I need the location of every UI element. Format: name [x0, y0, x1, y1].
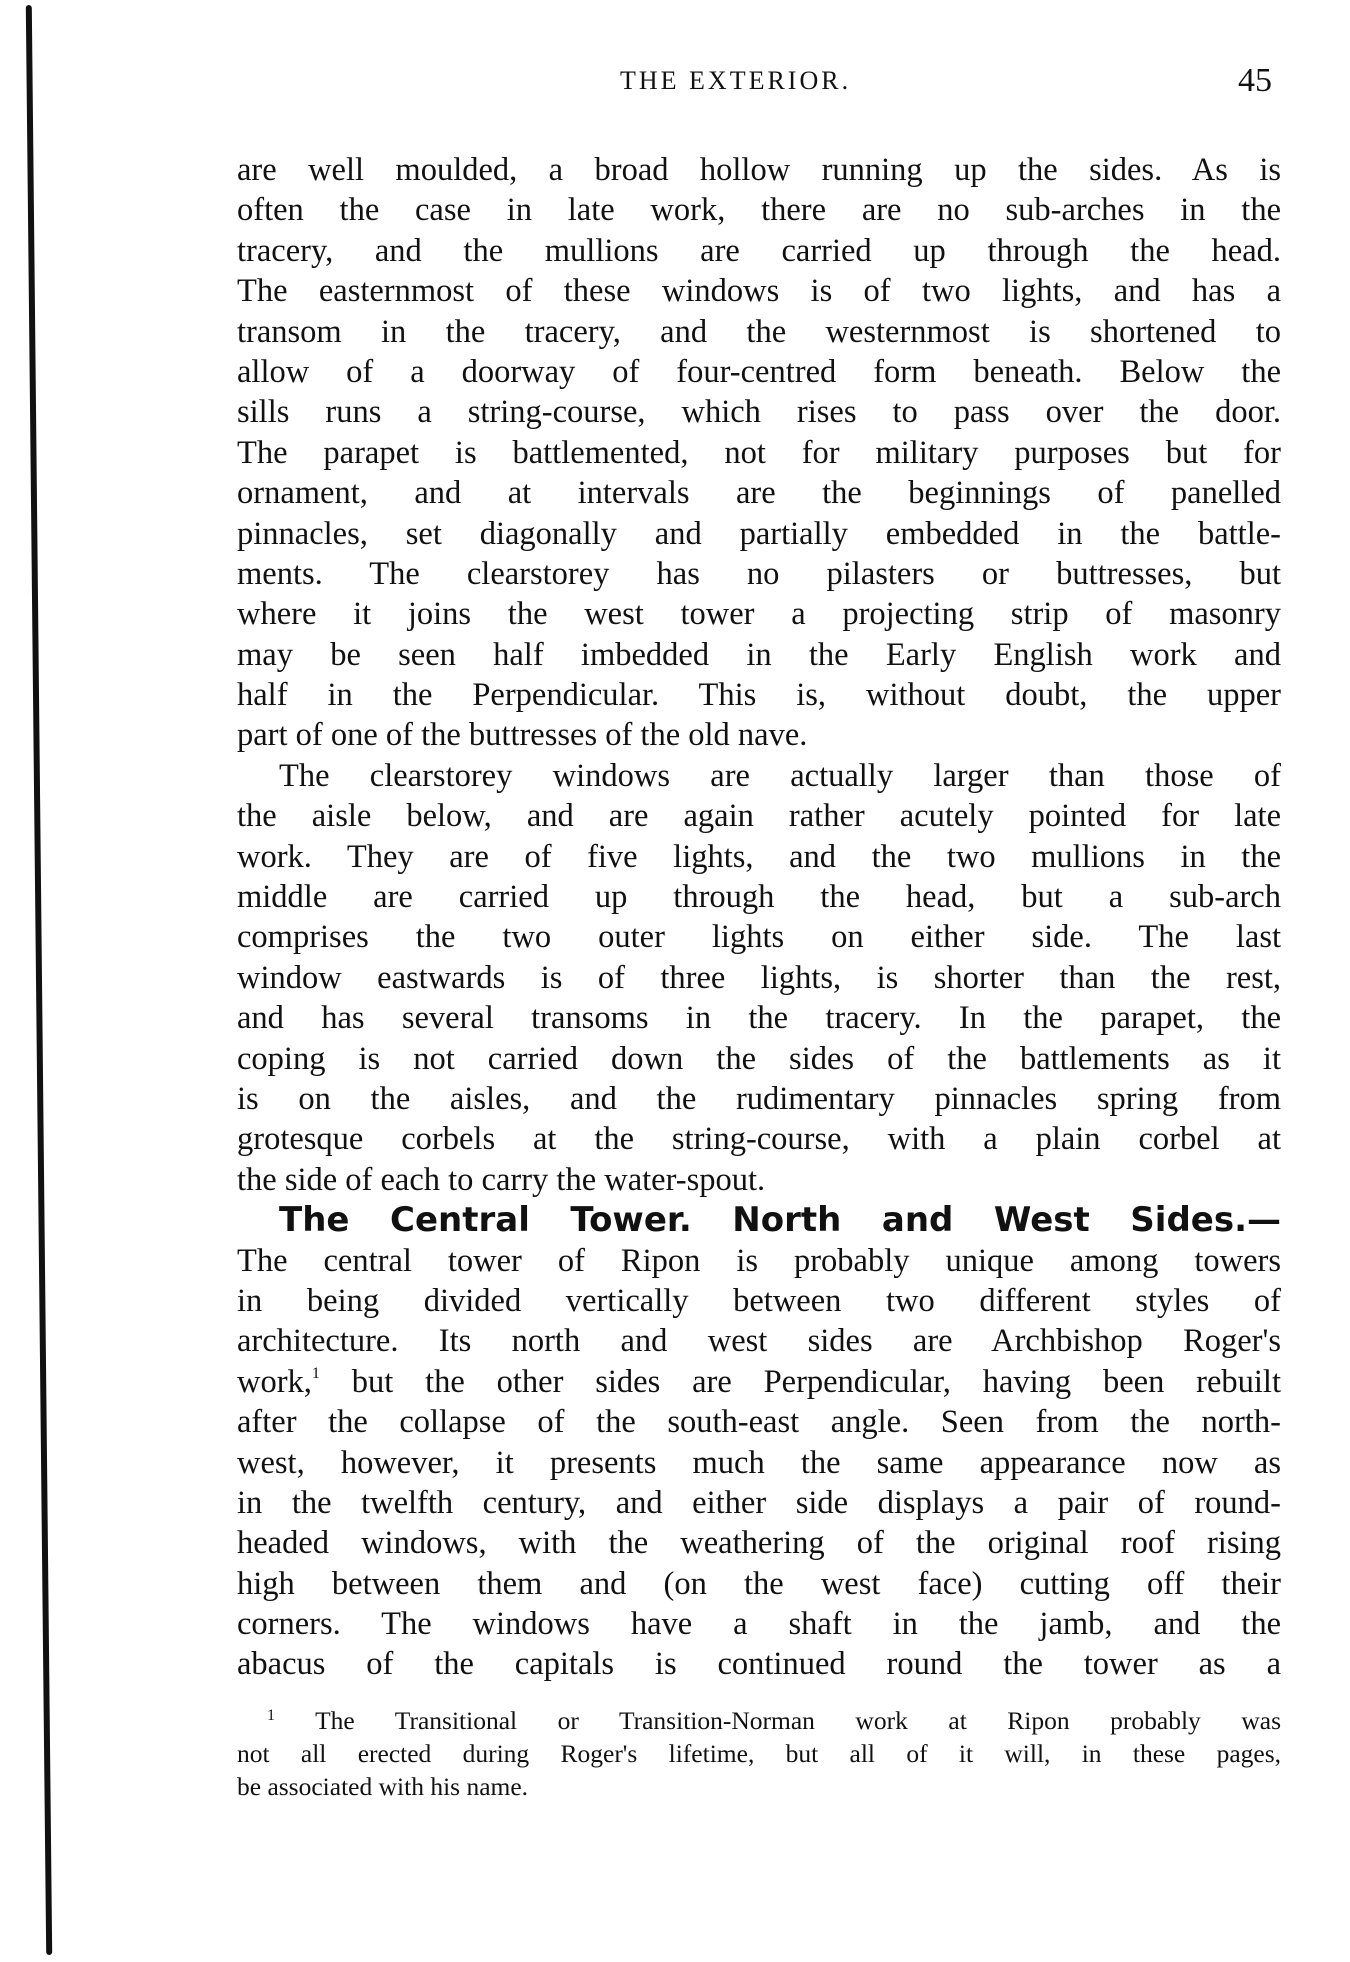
body-text: are well moulded, a broad hollow running… — [237, 150, 1281, 1685]
text-line: ornament, and at intervals are the begin… — [237, 473, 1281, 513]
text-line: sills runs a string-course, which rises … — [237, 392, 1281, 432]
text-line: tracery, and the mullions are carried up… — [237, 231, 1281, 271]
text-line: is on the aisles, and the rudimentary pi… — [237, 1079, 1281, 1119]
text-line: in the twelfth century, and either side … — [237, 1483, 1281, 1523]
text-line: The parapet is battlemented, not for mil… — [237, 433, 1281, 473]
text-line: may be seen half imbedded in the Early E… — [237, 635, 1281, 675]
text-line: work,1 but the other sides are Perpendic… — [237, 1362, 1281, 1402]
text-line: coping is not carried down the sides of … — [237, 1039, 1281, 1079]
footnote-line: be associated with his name. — [237, 1770, 1281, 1803]
footnote: 1 The Transitional or Transition-Norman … — [237, 1704, 1281, 1803]
text-line: allow of a doorway of four-centred form … — [237, 352, 1281, 392]
paragraph-2: The clearstorey windows are actually lar… — [237, 756, 1281, 1200]
text-fragment: The Transitional or Transition-Norman wo… — [315, 1706, 1281, 1735]
paragraph-3: The central tower of Ripon is probably u… — [237, 1241, 1281, 1685]
text-line: The clearstorey windows are actually lar… — [237, 756, 1281, 796]
text-line: the aisle below, and are again rather ac… — [237, 796, 1281, 836]
text-line: in being divided vertically between two … — [237, 1281, 1281, 1321]
text-line: architecture. Its north and west sides a… — [237, 1321, 1281, 1361]
text-line: comprises the two outer lights on either… — [237, 917, 1281, 957]
text-line: part of one of the buttresses of the old… — [237, 715, 1281, 755]
footnote-line: 1 The Transitional or Transition-Norman … — [237, 1704, 1281, 1737]
text-line: high between them and (on the west face)… — [237, 1564, 1281, 1604]
chapter-title: THE EXTERIOR. — [620, 66, 851, 96]
paragraph-1: are well moulded, a broad hollow running… — [237, 150, 1281, 756]
text-line: work. They are of five lights, and the t… — [237, 837, 1281, 877]
page-binding-edge — [26, 5, 52, 1955]
section-heading: The Central Tower. North and West Sides.… — [237, 1200, 1281, 1240]
text-line: half in the Perpendicular. This is, with… — [237, 675, 1281, 715]
text-line: often the case in late work, there are n… — [237, 190, 1281, 230]
text-line: west, however, it presents much the same… — [237, 1443, 1281, 1483]
text-line: after the collapse of the south-east ang… — [237, 1402, 1281, 1442]
text-line: headed windows, with the weathering of t… — [237, 1523, 1281, 1563]
footnote-reference[interactable]: 1 — [312, 1365, 320, 1382]
text-line: and has several transoms in the tracery.… — [237, 998, 1281, 1038]
footnote-marker: 1 — [267, 1707, 275, 1724]
page-number: 45 — [1238, 62, 1272, 100]
text-line: transom in the tracery, and the westernm… — [237, 312, 1281, 352]
text-line: corners. The windows have a shaft in the… — [237, 1604, 1281, 1644]
text-line: are well moulded, a broad hollow running… — [237, 150, 1281, 190]
text-line: grotesque corbels at the string-course, … — [237, 1119, 1281, 1159]
text-line: middle are carried up through the head, … — [237, 877, 1281, 917]
text-line: the side of each to carry the water-spou… — [237, 1160, 1281, 1200]
text-line: where it joins the west tower a projecti… — [237, 594, 1281, 634]
text-line: ments. The clearstorey has no pilasters … — [237, 554, 1281, 594]
running-head: THE EXTERIOR. 45 — [0, 66, 1350, 106]
text-fragment: but the other sides are Perpendicular, h… — [320, 1364, 1281, 1400]
text-line: window eastwards is of three lights, is … — [237, 958, 1281, 998]
text-fragment: work, — [237, 1364, 312, 1400]
text-line: The central tower of Ripon is probably u… — [237, 1241, 1281, 1281]
text-line: abacus of the capitals is continued roun… — [237, 1644, 1281, 1684]
text-line: pinnacles, set diagonally and partially … — [237, 514, 1281, 554]
text-line: The easternmost of these windows is of t… — [237, 271, 1281, 311]
footnote-line: not all erected during Roger's lifetime,… — [237, 1737, 1281, 1770]
